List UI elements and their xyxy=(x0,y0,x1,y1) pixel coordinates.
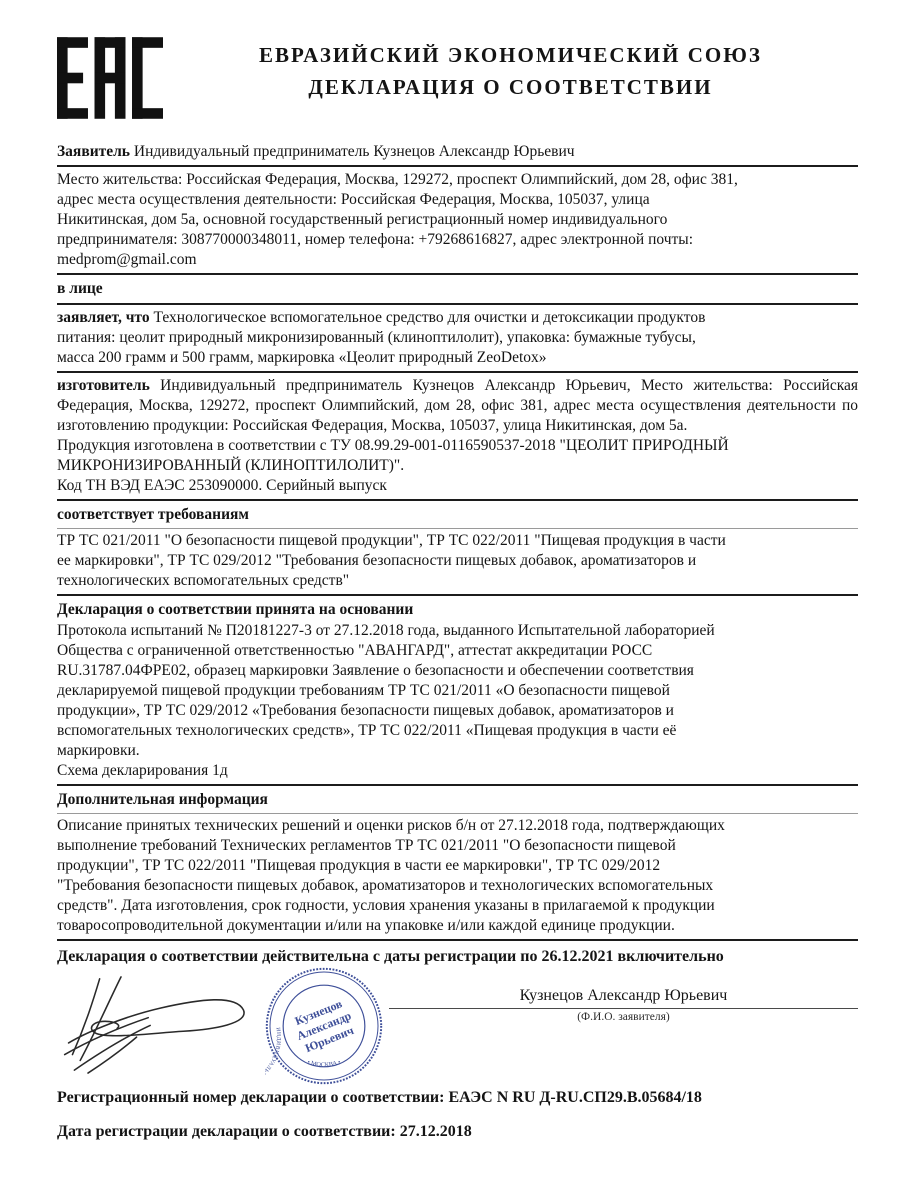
document-content: ЕВРАЗИЙСКИЙ ЭКОНОМИЧЕСКИЙ СОЮЗ ДЕКЛАРАЦИ… xyxy=(0,0,900,1141)
section-divider xyxy=(57,303,858,305)
round-stamp-image: ИНДИВИДУАЛЬНЫЙ ПРЕДПРИНИМАТЕЛЬ ОГРН 3087… xyxy=(265,967,383,1085)
signer-name: Кузнецов Александр Юрьевич xyxy=(389,987,858,1008)
section-divider xyxy=(57,371,858,373)
applicant-label: Заявитель xyxy=(57,143,130,160)
union-name: ЕВРАЗИЙСКИЙ ЭКОНОМИЧЕСКИЙ СОЮЗ xyxy=(163,40,858,72)
tnved-code-text: Код ТН ВЭД ЕАЭС 253090000. Серийный выпу… xyxy=(57,476,858,496)
additional-info-text: Описание принятых технических решений и … xyxy=(57,816,858,936)
signature-block: ИНДИВИДУАЛЬНЫЙ ПРЕДПРИНИМАТЕЛЬ ОГРН 3087… xyxy=(57,969,858,1081)
requirements-heading: соответствует требованиям xyxy=(57,504,858,526)
heading-underline xyxy=(57,528,858,529)
in-person-label: в лице xyxy=(57,278,858,300)
applicant-row: Заявитель Индивидуальный предприниматель… xyxy=(57,142,858,162)
additional-info-heading: Дополнительная информация xyxy=(57,789,858,811)
document-title-block: ЕВРАЗИЙСКИЙ ЭКОНОМИЧЕСКИЙ СОЮЗ ДЕКЛАРАЦИ… xyxy=(163,26,858,103)
svg-text:• МОСКВА •: • МОСКВА • xyxy=(306,1059,341,1069)
applicant-name: Индивидуальный предприниматель Кузнецов … xyxy=(130,143,575,160)
registration-date-label: Дата регистрации декларации о соответств… xyxy=(57,1123,396,1140)
section-divider xyxy=(57,784,858,786)
product-standard-text: Продукция изготовлена в соответствии с Т… xyxy=(57,436,858,476)
registration-number-line: Регистрационный номер декларации о соотв… xyxy=(57,1089,858,1107)
document-header: ЕВРАЗИЙСКИЙ ЭКОНОМИЧЕСКИЙ СОЮЗ ДЕКЛАРАЦИ… xyxy=(57,26,858,126)
handwritten-signature-image xyxy=(57,973,255,1075)
section-divider xyxy=(57,594,858,596)
registration-number-label: Регистрационный номер декларации о соотв… xyxy=(57,1089,444,1106)
heading-underline xyxy=(57,813,858,814)
basis-heading: Декларация о соответствии принята на осн… xyxy=(57,599,858,621)
basis-text: Протокола испытаний № П20181227-3 от 27.… xyxy=(57,621,858,761)
declaration-document: ЕВРАЗИЙСКИЙ ЭКОНОМИЧЕСКИЙ СОЮЗ ДЕКЛАРАЦИ… xyxy=(0,0,900,1200)
document-title: ДЕКЛАРАЦИЯ О СООТВЕТСТВИИ xyxy=(163,72,858,104)
manufacturer-text: Индивидуальный предприниматель Кузнецов … xyxy=(57,377,858,434)
signer-caption: (Ф.И.О. заявителя) xyxy=(389,1011,858,1023)
registration-number-value: ЕАЭС N RU Д-RU.СП29.В.05684/18 xyxy=(444,1089,701,1106)
declaration-scheme-text: Схема декларирования 1д xyxy=(57,761,858,781)
section-divider xyxy=(57,273,858,275)
applicant-details: Место жительства: Российская Федерация, … xyxy=(57,170,858,270)
manufacturer-label: изготовитель xyxy=(57,377,150,394)
registration-date-value: 27.12.2018 xyxy=(396,1123,472,1140)
declares-text: Технологическое вспомогательное средство… xyxy=(57,309,705,366)
manufacturer-paragraph: изготовитель Индивидуальный предпринимат… xyxy=(57,376,858,436)
section-divider xyxy=(57,939,858,941)
section-divider xyxy=(57,499,858,501)
declares-label: заявляет, что xyxy=(57,309,150,326)
signer-name-block: Кузнецов Александр Юрьевич (Ф.И.О. заяви… xyxy=(389,969,858,1023)
declares-paragraph: заявляет, что Технологическое вспомогате… xyxy=(57,308,858,368)
validity-statement: Декларация о соответствии действительна … xyxy=(57,944,858,967)
section-divider xyxy=(57,165,858,167)
stamp-bottom-text: • МОСКВА • xyxy=(306,1059,341,1069)
requirements-text: ТР ТС 021/2011 "О безопасности пищевой п… xyxy=(57,531,858,591)
registration-date-line: Дата регистрации декларации о соответств… xyxy=(57,1123,858,1141)
signature-line xyxy=(389,1008,858,1009)
eac-logo-icon xyxy=(57,30,163,126)
